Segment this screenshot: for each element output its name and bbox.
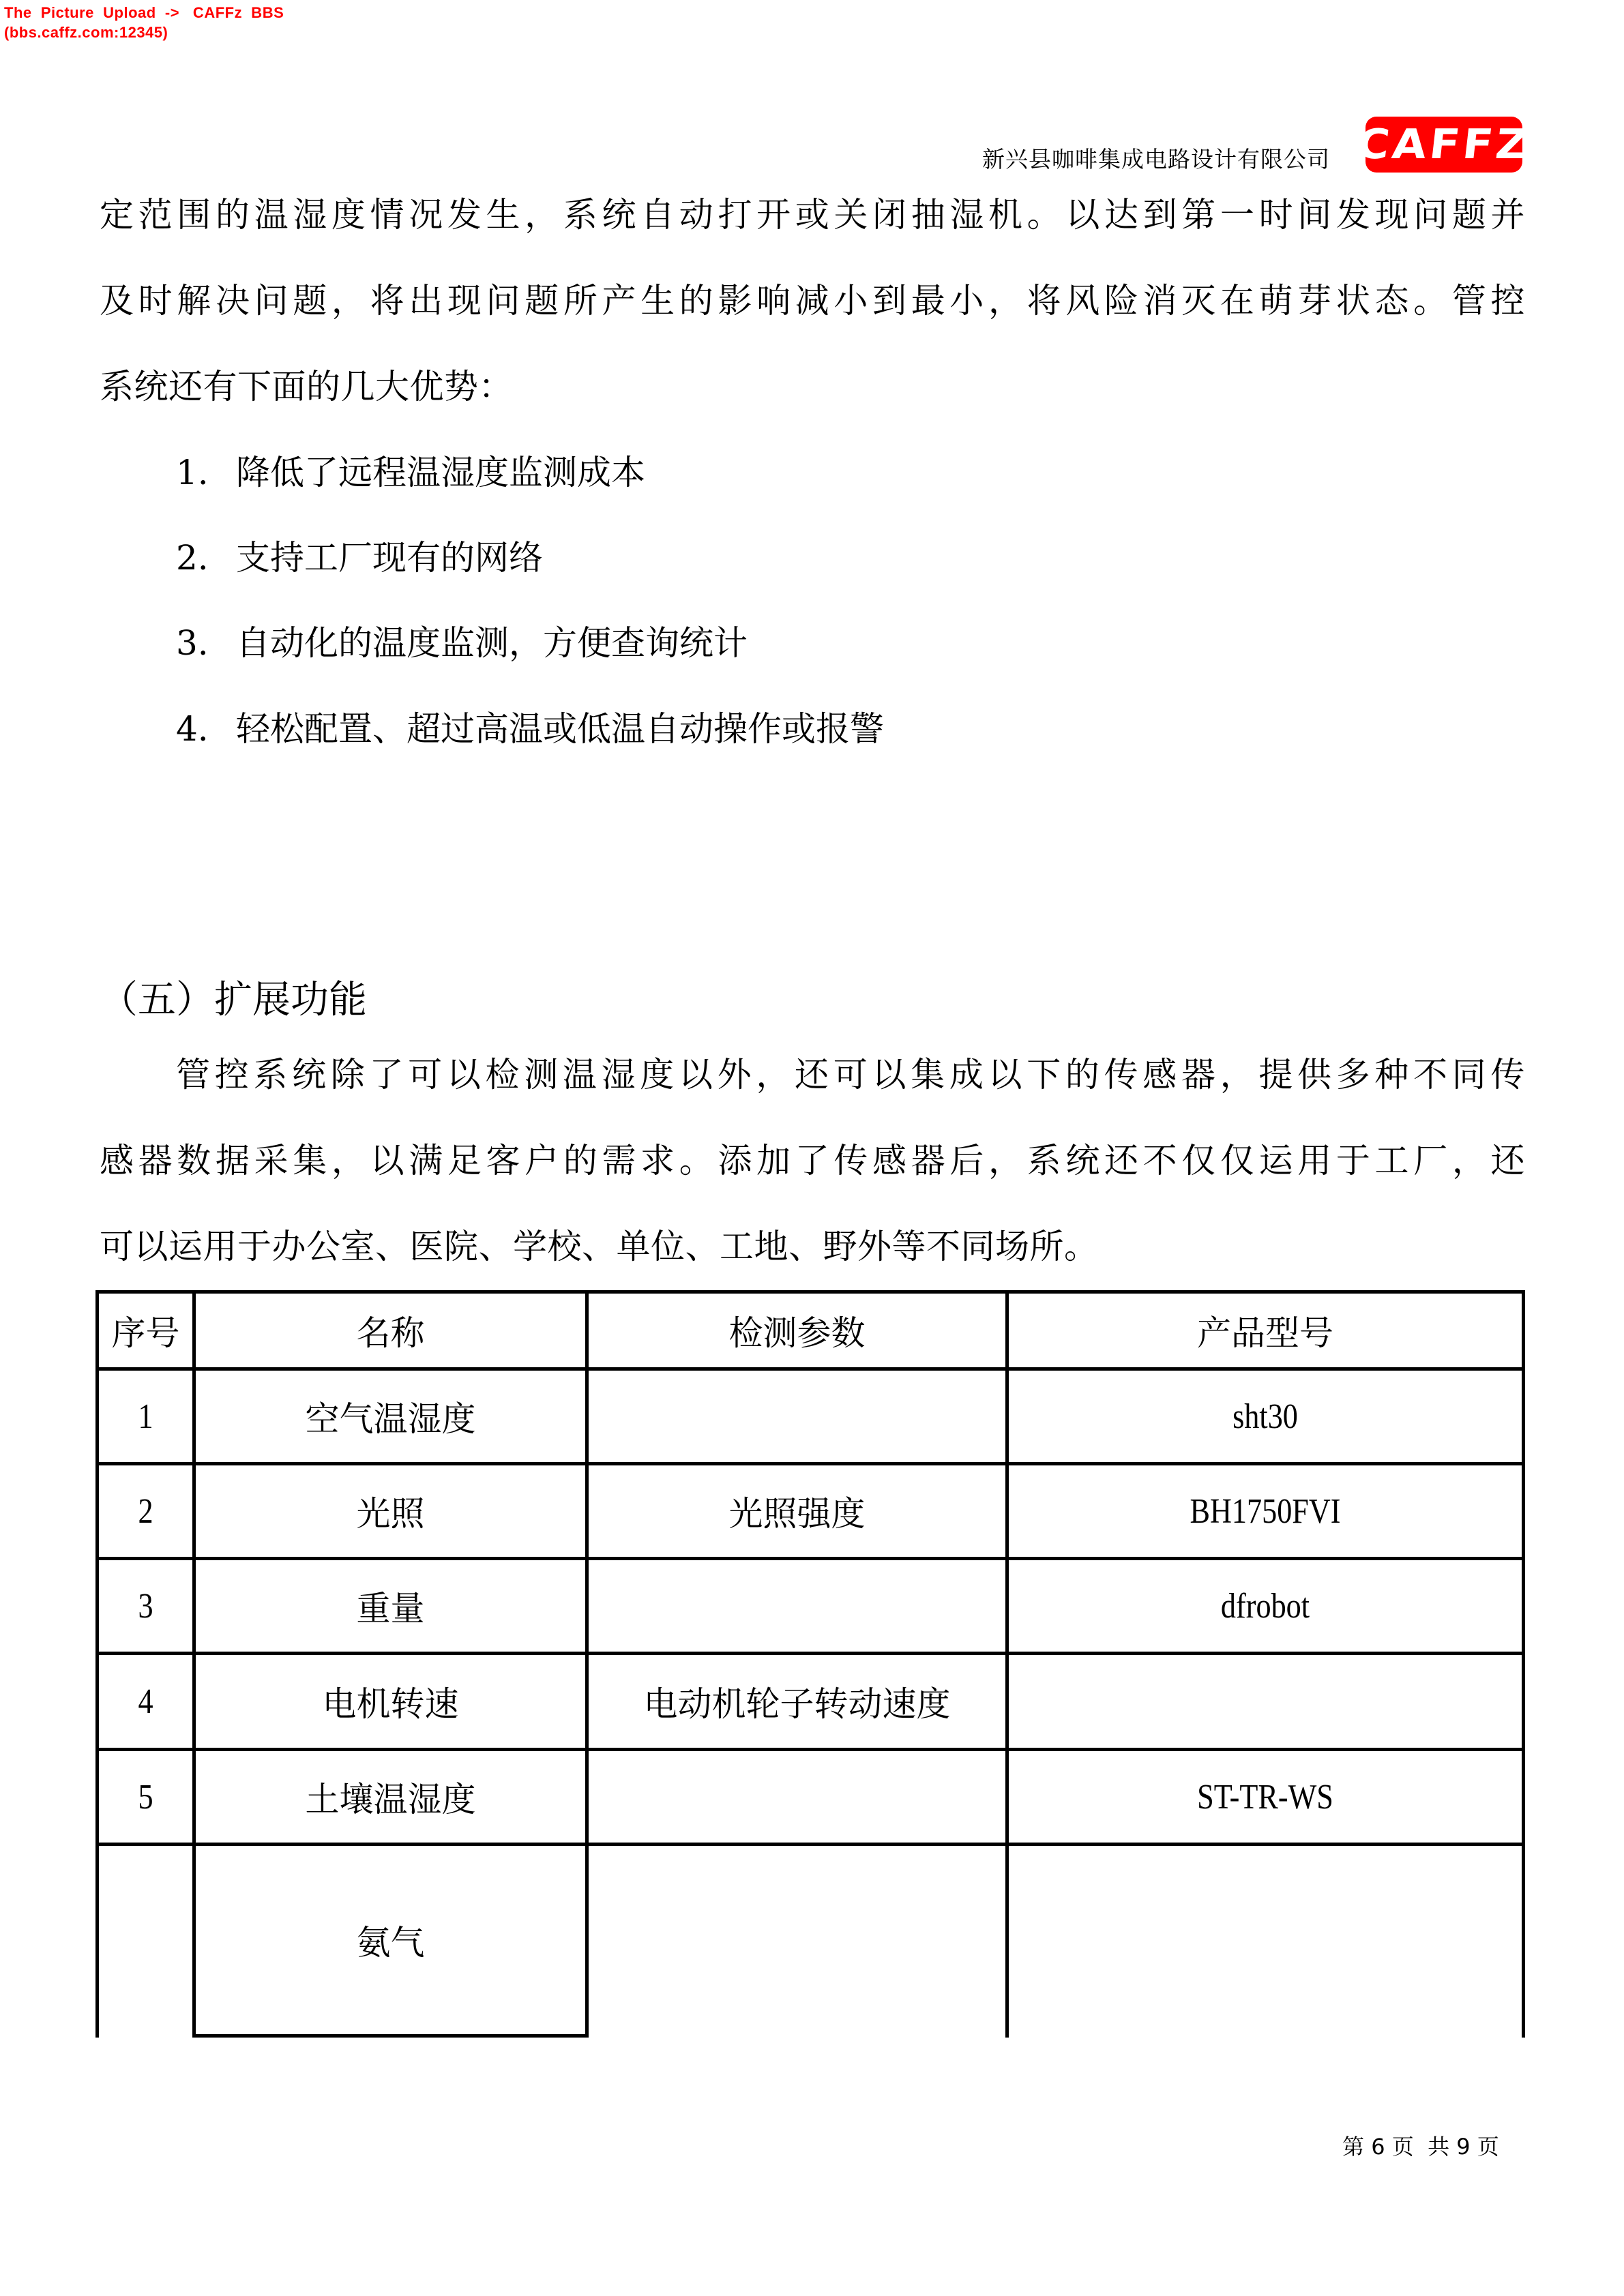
table-col-divider [1005, 1290, 1009, 2038]
table-cell-name: 重量 [196, 1560, 585, 1652]
table-header-name: 名称 [196, 1294, 585, 1367]
table-cell-bottom-border [192, 2034, 589, 2038]
table-cell-name: 土壤温湿度 [196, 1751, 585, 1843]
table-cell-param: 光照强度 [589, 1465, 1005, 1557]
page-number: 第 6 页 共 9 页 [1342, 2133, 1499, 2160]
table-cell-param [589, 1560, 1005, 1652]
company-name: 新兴县咖啡集成电路设计有限公司 [982, 146, 1330, 173]
table-border-right [1522, 1290, 1525, 2038]
advantage-number: 3. [176, 623, 236, 664]
intro-line-3: 系统还有下面的几大优势： [100, 366, 513, 407]
current-page: 6 [1371, 2134, 1385, 2160]
table-header-model: 产品型号 [1009, 1294, 1522, 1367]
advantage-number: 2. [176, 537, 236, 578]
table-border-left [95, 1290, 99, 2038]
table-cell-name: 空气温湿度 [196, 1371, 585, 1462]
advantage-number: 4. [176, 709, 236, 749]
advantage-text: 降低了远程温湿度监测成本 [236, 453, 645, 492]
table-cell-no: 1 [106, 1371, 185, 1462]
logo-text: CAFFZ [1355, 124, 1533, 165]
table-header-param: 检测参数 [589, 1294, 1005, 1367]
table-cell-param [589, 1751, 1005, 1843]
table-cell-param: 电动机轮子转动速度 [589, 1655, 1005, 1748]
advantage-item-2: 2.支持工厂现有的网络 [176, 537, 543, 578]
section-title: （五）扩展功能 [100, 976, 367, 1024]
section-line-1: 管控系统除了可以检测温湿度以外，还可以集成以下的传感器，提供多种不同传 [100, 1054, 1525, 1095]
intro-line-2: 及时解决问题，将出现问题所产生的影响减小到最小，将风险消灭在萌芽状态。管控 [100, 280, 1525, 321]
table-cell-model: sht30 [1047, 1371, 1483, 1462]
table-cell-param [589, 1371, 1005, 1462]
table-cell-model: dfrobot [1047, 1560, 1483, 1652]
advantage-text: 支持工厂现有的网络 [236, 538, 543, 578]
advantage-number: 1. [176, 452, 236, 493]
table-cell-no: 4 [106, 1655, 185, 1748]
advantage-item-3: 3.自动化的温度监测，方便查询统计 [176, 623, 748, 664]
watermark: The Picture Upload -> CAFFz BBS (bbs.caf… [4, 3, 284, 42]
advantage-text: 自动化的温度监测，方便查询统计 [236, 623, 748, 663]
table-cell-model [1047, 1846, 1483, 2034]
watermark-line-2: (bbs.caffz.com:12345) [4, 23, 284, 42]
table-cell-model: BH1750FVI [1047, 1465, 1483, 1557]
table-cell-no [106, 1846, 185, 2034]
table-cell-model: ST-TR-WS [1047, 1751, 1483, 1843]
watermark-line-1: The Picture Upload -> CAFFz BBS [4, 3, 284, 23]
table-cell-no: 2 [106, 1465, 185, 1557]
intro-line-1: 定范围的温湿度情况发生，系统自动打开或关闭抽湿机。以达到第一时间发现问题并 [100, 194, 1525, 235]
section-line-2: 感器数据采集，以满足客户的需求。添加了传感器后，系统还不仅仅运用于工厂，还 [100, 1140, 1525, 1181]
table-cell-name: 光照 [196, 1465, 585, 1557]
table-cell-no: 5 [106, 1751, 185, 1843]
table-cell-no: 3 [106, 1560, 185, 1652]
total-pages: 9 [1456, 2134, 1470, 2160]
section-line-3: 可以运用于办公室、医院、学校、单位、工地、野外等不同场所。 [100, 1226, 1099, 1267]
table-header-no: 序号 [99, 1294, 192, 1367]
advantage-item-1: 1.降低了远程温湿度监测成本 [176, 452, 645, 493]
table-cell-model [1047, 1655, 1483, 1748]
table-cell-name: 氨气 [196, 1846, 585, 2034]
advantage-item-4: 4.轻松配置、超过高温或低温自动操作或报警 [176, 709, 884, 749]
caffz-logo: CAFFZ [1365, 117, 1522, 173]
advantage-text: 轻松配置、超过高温或低温自动操作或报警 [236, 709, 884, 749]
table-cell-name: 电机转速 [196, 1655, 585, 1748]
table-cell-param [589, 1846, 1005, 2034]
